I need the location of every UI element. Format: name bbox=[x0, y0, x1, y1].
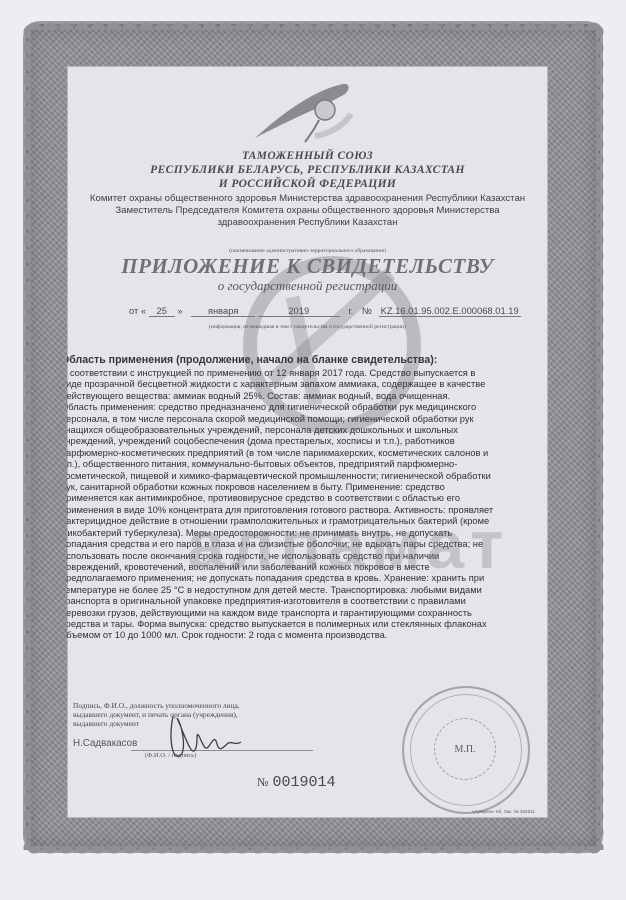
section-heading: Область применения (продолжение, начало … bbox=[67, 354, 437, 366]
body-line: Область применения: средство предназначе… bbox=[67, 402, 545, 413]
printer-mark: «Аукцион» Кб. Зак. № 204611 bbox=[472, 809, 535, 814]
border-scallop-top bbox=[26, 20, 600, 30]
body-line: перевозки грузов, действующими на каждом… bbox=[67, 608, 545, 619]
document-subtitle: о государственной регистрации bbox=[67, 278, 548, 294]
union-title-line: И РОССИЙСКОЙ ФЕДЕРАЦИИ bbox=[67, 178, 548, 191]
committee-line: Заместитель Председателя Комитета охраны… bbox=[67, 205, 548, 217]
body-line: объемом от 10 до 1000 мл. Срок годности:… bbox=[67, 630, 545, 641]
handwritten-signature-icon bbox=[165, 706, 245, 766]
signer-name: Н.Садвакасов bbox=[73, 738, 137, 749]
union-title-line: ТАМОЖЕННЫЙ СОЮЗ bbox=[67, 150, 548, 163]
body-line: рук, санитарной обработки кожных покрово… bbox=[67, 482, 545, 493]
body-line: В соответствии с инструкцией по применен… bbox=[67, 368, 545, 379]
number-label: № bbox=[362, 305, 372, 316]
official-seal-stamp: М.П. bbox=[402, 686, 530, 814]
body-line: действующего вещества: аммиак водный 25%… bbox=[67, 391, 545, 402]
registration-number: KZ.16.01.95.002.E.000068.01.19 bbox=[379, 305, 521, 317]
body-line: виде прозрачной бесцветной жидкости с ха… bbox=[67, 379, 545, 390]
body-line: температуре не более 25 °С в недоступном… bbox=[67, 585, 545, 596]
issuing-committee: Комитет охраны общественного здоровья Ми… bbox=[67, 193, 548, 229]
body-line: косметической, пищевой и химико-фармацев… bbox=[67, 471, 545, 482]
date-sep: » bbox=[177, 305, 182, 316]
body-line: парфюмерно-косметических предприятий (в … bbox=[67, 448, 545, 459]
committee-line: здравоохранения Республики Казахстан bbox=[67, 217, 548, 229]
border-scallop-left bbox=[21, 24, 31, 850]
body-line: средства и тары. Форма выпуска: средство… bbox=[67, 619, 545, 630]
info-note: (информация, не вошедшая в текст свидете… bbox=[67, 324, 548, 330]
year-suffix: г. bbox=[348, 305, 353, 316]
serial-value: 0019014 bbox=[272, 774, 335, 791]
document-title: ПРИЛОЖЕНИЕ К СВИДЕТЕЛЬСТВУ bbox=[67, 254, 548, 279]
form-serial-number: №0019014 bbox=[257, 774, 335, 791]
seal-center: М.П. bbox=[434, 718, 496, 780]
date-and-number-line: от « 25 » января 2019 г. № KZ.16.01.95.0… bbox=[129, 305, 548, 317]
customs-union-emblem-icon bbox=[245, 76, 355, 146]
body-line: т.п.), общественного питания, коммунальн… bbox=[67, 459, 545, 470]
body-line: учреждений, учреждений соцобеспечения (д… bbox=[67, 436, 545, 447]
date-year: 2019 bbox=[258, 305, 340, 317]
body-line: учащихся общеобразовательных учреждений,… bbox=[67, 425, 545, 436]
body-line: применяется как антимикробное, противови… bbox=[67, 493, 545, 504]
date-month: января bbox=[191, 305, 255, 317]
committee-line: Комитет охраны общественного здоровья Ми… bbox=[67, 193, 548, 205]
serial-label: № bbox=[257, 775, 268, 789]
border-scallop-bottom bbox=[26, 846, 600, 856]
application-scope-text: В соответствии с инструкцией по применен… bbox=[67, 368, 545, 642]
date-day: 25 bbox=[149, 305, 175, 317]
union-title-line: РЕСПУБЛИКИ БЕЛАРУСЬ, РЕСПУБЛИКИ КАЗАХСТА… bbox=[67, 164, 548, 177]
certificate-annex-page: ТАМОЖЕННЫЙ СОЮЗ РЕСПУБЛИКИ БЕЛАРУСЬ, РЕС… bbox=[67, 66, 548, 818]
watermark-text: алпамат bbox=[187, 506, 509, 584]
body-line: персонала, в том числе персонала скорой … bbox=[67, 414, 545, 425]
body-line: транспорта в оригинальной упаковке предп… bbox=[67, 596, 545, 607]
border-scallop-right bbox=[596, 24, 606, 850]
date-prefix: от « bbox=[129, 305, 146, 316]
